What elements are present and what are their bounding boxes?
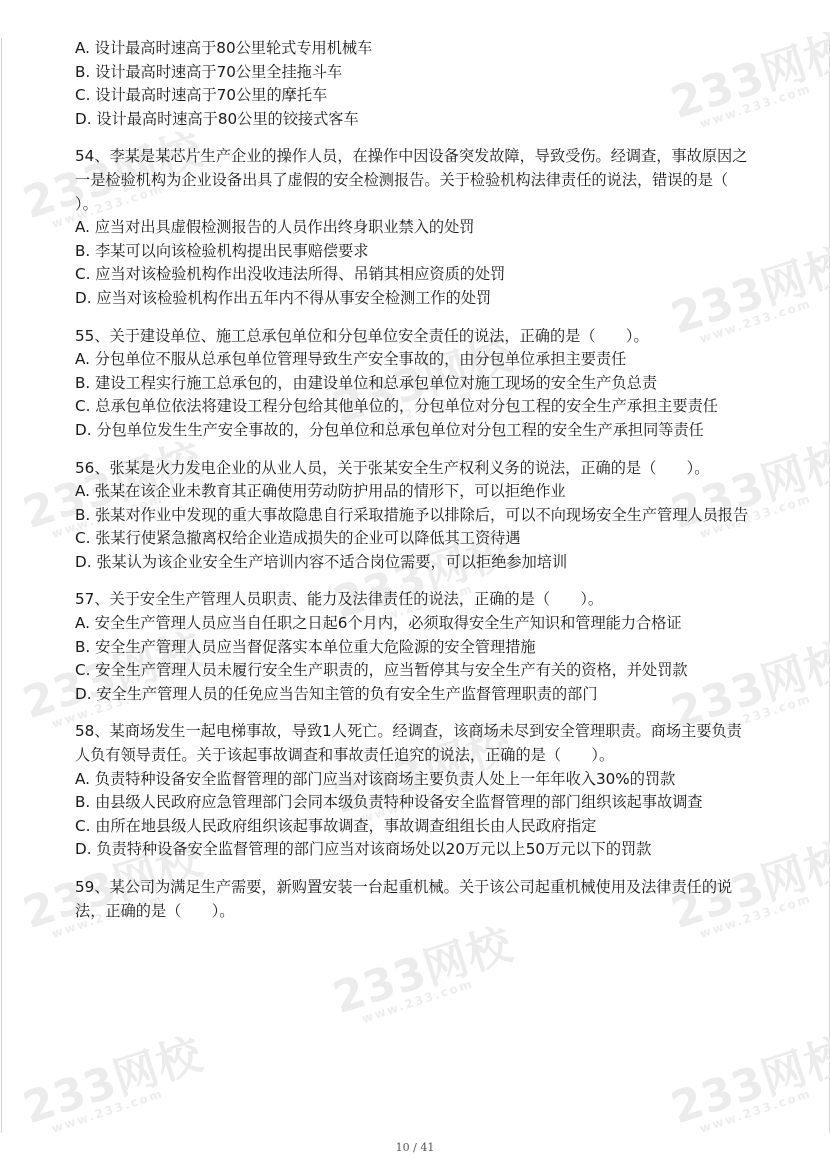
option-d: D. 负责特种设备安全监督管理的部门应当对该商场处以20万元以上50万元以下的罚… [75, 838, 755, 862]
question-stem: 54、李某是某芯片生产企业的操作人员，在操作中因设备突发故障，导致受伤。经调查，… [75, 145, 755, 216]
option-c: C. 总承包单位依法将建设工程分包给其他单位的，分包单位对分包工程的安全生产承担… [75, 395, 755, 419]
option-a: A. 分包单位不服从总承包单位管理导致生产安全事故的，由分包单位承担主要责任 [75, 348, 755, 372]
option-a: A. 负责特种设备安全监督管理的部门应当对该商场主要负责人处上一年年收入30%的… [75, 768, 755, 792]
option-c: C. 由所在地县级人民政府组织该起事故调查，事故调查组组长由人民政府指定 [75, 815, 755, 839]
option-b: B. 安全生产管理人员应当督促落实本单位重大危险源的安全管理措施 [75, 636, 755, 660]
option-c: C. 安全生产管理人员未履行安全生产职责的，应当暂停其与安全生产有关的资格，并处… [75, 659, 755, 683]
option-d: D. 应当对该检验机构作出五年内不得从事安全检测工作的处罚 [75, 287, 755, 311]
option-b: B. 李某可以向该检验机构提出民事赔偿要求 [75, 240, 755, 264]
page-indicator: 10 / 41 [0, 1141, 830, 1154]
option-d: D. 张某认为该企业安全生产培训内容不适合岗位需要，可以拒绝参加培训 [75, 551, 755, 575]
option-c: C. 张某行使紧急撤离权给企业造成损失的企业可以降低其工资待遇 [75, 527, 755, 551]
question-54: 54、李某是某芯片生产企业的操作人员，在操作中因设备突发故障，导致受伤。经调查，… [75, 145, 755, 310]
previous-question-options: A. 设计最高时速高于80公里轮式专用机械车 B. 设计最高时速高于70公里全挂… [75, 37, 755, 131]
document-body: A. 设计最高时速高于80公里轮式专用机械车 B. 设计最高时速高于70公里全挂… [75, 37, 755, 923]
question-stem: 58、某商场发生一起电梯事故，导致1人死亡。经调查，该商场未尽到安全管理职责。商… [75, 720, 755, 767]
question-55: 55、关于建设单位、施工总承包单位和分包单位安全责任的说法，正确的是（ ）。 A… [75, 325, 755, 443]
option-d: D. 设计最高时速高于80公里的铰接式客车 [75, 108, 755, 132]
question-stem: 57、关于安全生产管理人员职责、能力及法律责任的说法，正确的是（ ）。 [75, 588, 755, 612]
option-a: A. 设计最高时速高于80公里轮式专用机械车 [75, 37, 755, 61]
option-a: A. 安全生产管理人员应当自任职之日起6个月内，必须取得安全生产知识和管理能力合… [75, 612, 755, 636]
option-d: D. 分包单位发生生产安全事故的，分包单位和总承包单位对分包工程的安全生产承担同… [75, 419, 755, 443]
option-b: B. 由县级人民政府应急管理部门会同本级负责特种设备安全监督管理的部门组织该起事… [75, 791, 755, 815]
question-stem: 55、关于建设单位、施工总承包单位和分包单位安全责任的说法，正确的是（ ）。 [75, 325, 755, 349]
question-57: 57、关于安全生产管理人员职责、能力及法律责任的说法，正确的是（ ）。 A. 安… [75, 588, 755, 706]
option-c: C. 应当对该检验机构作出没收违法所得、吊销其相应资质的处罚 [75, 263, 755, 287]
option-a: A. 张某在该企业未教育其正确使用劳动防护用品的情形下，可以拒绝作业 [75, 480, 755, 504]
question-56: 56、张某是火力发电企业的从业人员，关于张某安全生产权利义务的说法，正确的是（ … [75, 457, 755, 575]
question-59: 59、某公司为满足生产需要，新购置安装一台起重机械。关于该公司起重机械使用及法律… [75, 876, 755, 923]
option-b: B. 建设工程实行施工总承包的，由建设单位和总承包单位对施工现场的安全生产负总责 [75, 372, 755, 396]
question-58: 58、某商场发生一起电梯事故，导致1人死亡。经调查，该商场未尽到安全管理职责。商… [75, 720, 755, 862]
option-c: C. 设计最高时速高于70公里的摩托车 [75, 84, 755, 108]
option-d: D. 安全生产管理人员的任免应当告知主管的负有安全生产监督管理职责的部门 [75, 683, 755, 707]
question-stem: 56、张某是火力发电企业的从业人员，关于张某安全生产权利义务的说法，正确的是（ … [75, 457, 755, 481]
question-stem: 59、某公司为满足生产需要，新购置安装一台起重机械。关于该公司起重机械使用及法律… [75, 876, 755, 923]
option-b: B. 设计最高时速高于70公里全挂拖斗车 [75, 61, 755, 85]
option-b: B. 张某对作业中发现的重大事故隐患自行采取措施予以排除后，可以不向现场安全生产… [75, 504, 755, 528]
option-a: A. 应当对出具虚假检测报告的人员作出终身职业禁入的处罚 [75, 216, 755, 240]
